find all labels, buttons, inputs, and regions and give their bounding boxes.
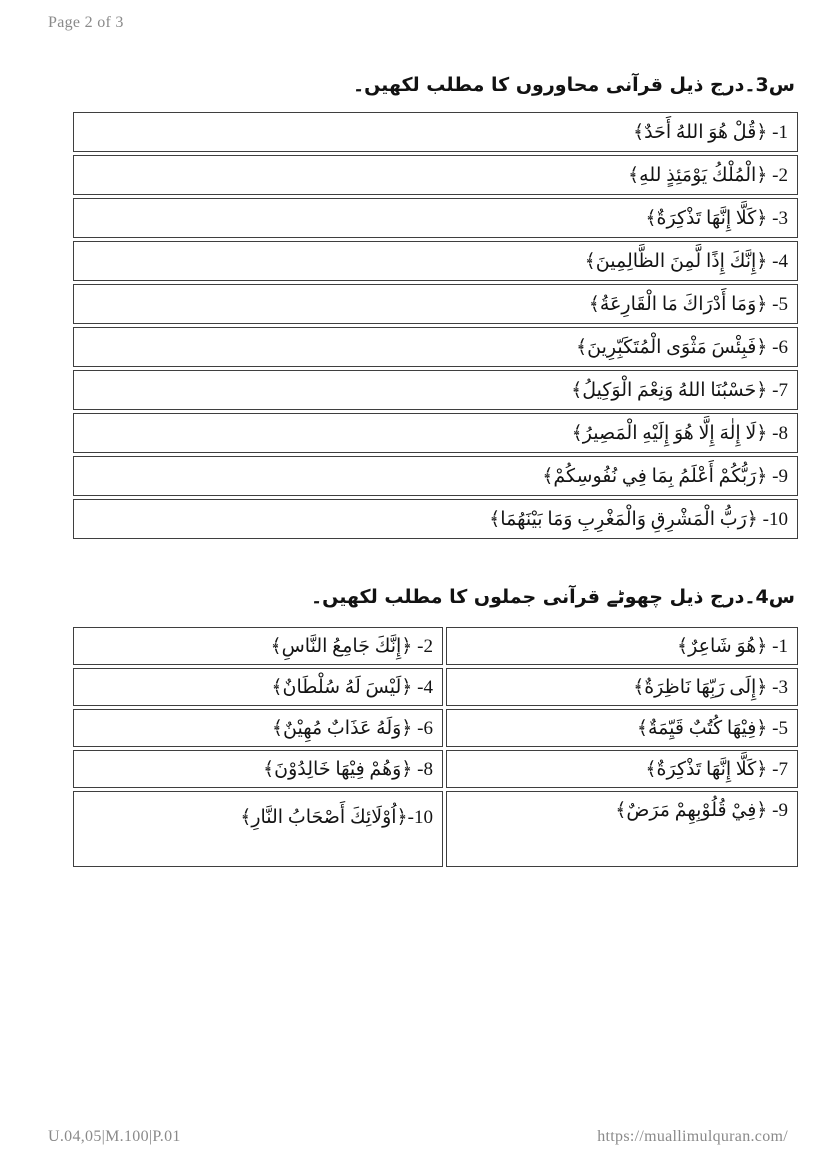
q4-row-5: 9- ﴿فِيْ قُلُوْبِهِمْ مَرَضٌ﴾ 10-﴿اُوْلَ… <box>73 791 798 867</box>
q4-item-10: 10-﴿اُوْلَائِكَ أَصْحَابُ النَّارِ﴾ <box>73 791 443 867</box>
q3-item-8: 8- ﴿لَا إِلٰهَ إِلَّا هُوَ إِلَيْهِ الْم… <box>572 422 788 445</box>
q4-item-8: 8- ﴿وَهُمْ فِيْهَا خَالِدُوْنَ﴾ <box>73 750 443 788</box>
footer-website-url: https://muallimulquran.com/ <box>597 1128 788 1146</box>
q4-row-2: 3- ﴿إِلَى رَبِّهَا نَاظِرَةٌ﴾ 4- ﴿لَيْسَ… <box>73 668 798 706</box>
q3-item-4: 4- ﴿إِنَّكَ إِذًا لَّمِنَ الظَّالِمِينَ﴾ <box>585 250 788 273</box>
q4-row-4: 7- ﴿كَلَّا إِنَّهَا تَذْكِرَةٌ﴾ 8- ﴿وَهُ… <box>73 750 798 788</box>
q3-item-9: 9- ﴿رَبُّكُمْ أَعْلَمُ بِمَا فِي نُفُوسِ… <box>542 465 788 488</box>
q4-item-5: 5- ﴿فِيْهَا كُتُبٌ قَيِّمَةٌ﴾ <box>446 709 798 747</box>
q4-item-9: 9- ﴿فِيْ قُلُوْبِهِمْ مَرَضٌ﴾ <box>446 791 798 867</box>
q4-item-2: 2- ﴿إِنَّكَ جَامِعُ النَّاسِ﴾ <box>73 627 443 665</box>
q3-item-3: 3- ﴿كَلَّا إِنَّهَا تَذْكِرَةٌ﴾ <box>645 207 788 230</box>
question3-table: 1- ﴿قُلْ هُوَ اللهُ أَحَدٌ﴾ 2- ﴿الْمُلْك… <box>73 112 798 542</box>
q3-row-8: 8- ﴿لَا إِلٰهَ إِلَّا هُوَ إِلَيْهِ الْم… <box>73 413 798 453</box>
page-number-header: Page 2 of 3 <box>48 14 124 32</box>
q4-row-3: 5- ﴿فِيْهَا كُتُبٌ قَيِّمَةٌ﴾ 6- ﴿وَلَهُ… <box>73 709 798 747</box>
question3-heading: س3۔درج ذیل قرآنی محاوروں کا مطلب لکھیں۔ <box>353 74 795 96</box>
q4-item-7: 7- ﴿كَلَّا إِنَّهَا تَذْكِرَةٌ﴾ <box>446 750 798 788</box>
q3-item-2: 2- ﴿الْمُلْكُ يَوْمَئِذٍ للهِ﴾ <box>628 164 788 187</box>
q3-item-1: 1- ﴿قُلْ هُوَ اللهُ أَحَدٌ﴾ <box>633 121 788 144</box>
footer-document-code: U.04,05|M.100|P.01 <box>48 1128 181 1146</box>
q3-row-7: 7- ﴿حَسْبُنَا اللهُ وَنِعْمَ الْوَكِيلُ﴾ <box>73 370 798 410</box>
q3-row-2: 2- ﴿الْمُلْكُ يَوْمَئِذٍ للهِ﴾ <box>73 155 798 195</box>
q4-row-1: 1- ﴿هُوَ شَاعِرٌ﴾ 2- ﴿إِنَّكَ جَامِعُ ال… <box>73 627 798 665</box>
q3-row-3: 3- ﴿كَلَّا إِنَّهَا تَذْكِرَةٌ﴾ <box>73 198 798 238</box>
q3-item-5: 5- ﴿وَمَا أَدْرَاكَ مَا الْقَارِعَةُ﴾ <box>589 293 788 316</box>
q3-row-4: 4- ﴿إِنَّكَ إِذًا لَّمِنَ الظَّالِمِينَ﴾ <box>73 241 798 281</box>
q4-item-4: 4- ﴿لَيْسَ لَهُ سُلْطَانٌ﴾ <box>73 668 443 706</box>
q3-item-6: 6- ﴿فَبِئْسَ مَثْوَى الْمُتَكَبِّرِينَ﴾ <box>576 336 788 359</box>
worksheet-page: Page 2 of 3 س3۔درج ذیل قرآنی محاوروں کا … <box>0 0 828 1170</box>
q3-item-7: 7- ﴿حَسْبُنَا اللهُ وَنِعْمَ الْوَكِيلُ﴾ <box>571 379 788 402</box>
q4-item-1: 1- ﴿هُوَ شَاعِرٌ﴾ <box>446 627 798 665</box>
q3-item-10: 10- ﴿رَبُّ الْمَشْرِقِ وَالْمَغْرِبِ وَم… <box>489 508 788 531</box>
q4-item-6: 6- ﴿وَلَهُ عَذَابٌ مُهِيْنٌ﴾ <box>73 709 443 747</box>
q3-row-6: 6- ﴿فَبِئْسَ مَثْوَى الْمُتَكَبِّرِينَ﴾ <box>73 327 798 367</box>
question4-table: 1- ﴿هُوَ شَاعِرٌ﴾ 2- ﴿إِنَّكَ جَامِعُ ال… <box>73 627 798 870</box>
q3-row-9: 9- ﴿رَبُّكُمْ أَعْلَمُ بِمَا فِي نُفُوسِ… <box>73 456 798 496</box>
q4-item-3: 3- ﴿إِلَى رَبِّهَا نَاظِرَةٌ﴾ <box>446 668 798 706</box>
question4-heading: س4۔درج ذیل چھوٹے قرآنی جملوں کا مطلب لکھ… <box>311 586 795 608</box>
q3-row-5: 5- ﴿وَمَا أَدْرَاكَ مَا الْقَارِعَةُ﴾ <box>73 284 798 324</box>
q3-row-1: 1- ﴿قُلْ هُوَ اللهُ أَحَدٌ﴾ <box>73 112 798 152</box>
q3-row-10: 10- ﴿رَبُّ الْمَشْرِقِ وَالْمَغْرِبِ وَم… <box>73 499 798 539</box>
